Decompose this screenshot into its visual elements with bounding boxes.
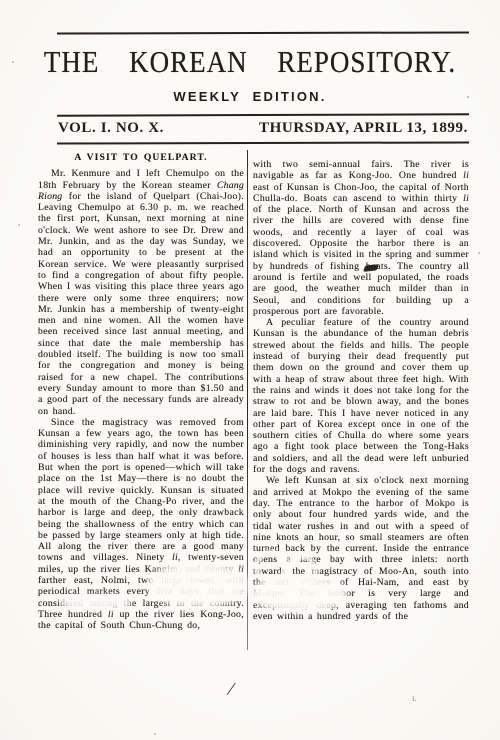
- paper-speck: [154, 733, 156, 735]
- paper-speck: [12, 61, 14, 63]
- scan-fade-artifact: [251, 576, 347, 612]
- pen-mark-slash: /: [226, 679, 234, 702]
- scan-fade-artifact: [148, 563, 248, 607]
- header-rule-lower: [57, 141, 469, 144]
- column-divider-rule: [247, 150, 248, 650]
- article-title: A VISIT TO QUELPART.: [38, 152, 244, 163]
- left-column-text: Mr. Kenmure and I left Chemulpo on the 1…: [38, 168, 244, 631]
- header-rule-upper: [57, 113, 469, 116]
- scan-fade-artifact: [60, 595, 132, 610]
- newspaper-page: THE KOREAN REPOSITORY. WEEKLY EDITION. V…: [0, 0, 500, 740]
- paper-speck: [467, 96, 469, 98]
- faint-corner-mark: ı.: [412, 693, 417, 703]
- masthead-title: THE KOREAN REPOSITORY.: [40, 44, 460, 80]
- volume-number: VOL. I. NO. X.: [58, 120, 164, 137]
- right-column: with two semi-annual fairs. The river is…: [253, 159, 469, 622]
- article-paragraph: with two semi-annual fairs. The river is…: [253, 159, 469, 317]
- left-column: A VISIT TO QUELPART. Mr. Kenmure and I l…: [38, 152, 244, 631]
- article-paragraph: Mr. Kenmure and I left Chemulpo on the 1…: [38, 168, 244, 417]
- edition-subtitle: WEEKLY EDITION.: [40, 89, 460, 104]
- volume-date-line: VOL. I. NO. X. THURSDAY, APRIL 13, 1899.: [58, 120, 468, 140]
- masthead-top-rule: [57, 31, 469, 34]
- paper-speck: [18, 224, 20, 226]
- right-column-text: with two semi-annual fairs. The river is…: [253, 159, 469, 622]
- issue-date: THURSDAY, APRIL 13, 1899.: [259, 120, 468, 137]
- article-paragraph: A peculiar feature of the country around…: [253, 317, 469, 475]
- paper-speck: [478, 252, 480, 254]
